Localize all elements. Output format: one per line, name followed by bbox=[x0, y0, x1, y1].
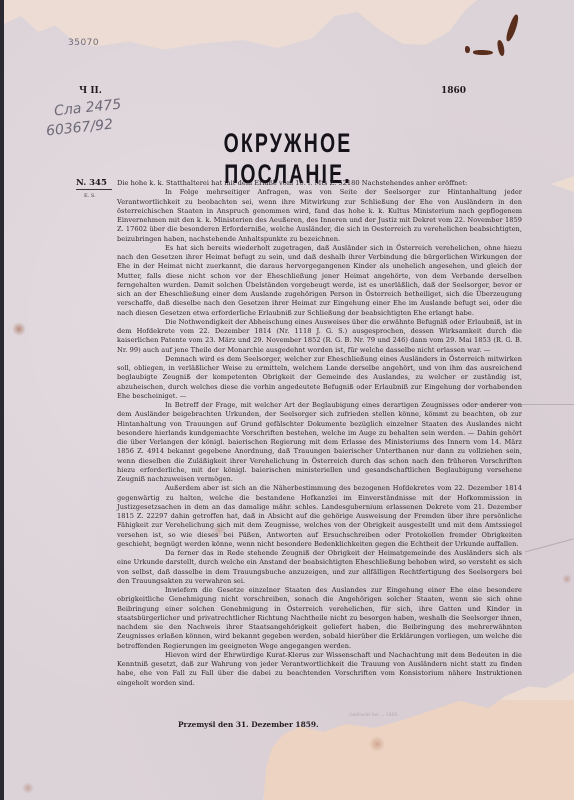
stain bbox=[12, 322, 26, 336]
stain bbox=[369, 736, 385, 752]
paragraph: Da ferner das in Rede stehende Zeugniß d… bbox=[117, 549, 522, 586]
tear-mark bbox=[473, 50, 493, 55]
header-part: Ч II. bbox=[79, 86, 102, 96]
paragraph: Es hat sich bereits wiederholt zugetrage… bbox=[117, 244, 522, 318]
archive-catalog-number: 35070 bbox=[68, 38, 99, 48]
bleed-through-text: Gedruckt bei ... 1860. bbox=[349, 713, 399, 718]
paragraph: In Betreff der Frage, mit welcher Art de… bbox=[117, 401, 522, 484]
paragraph: In Folge mehrseitiger Anfragen, was von … bbox=[117, 188, 522, 244]
document-scan: 35070 Cла 2475 60367/92 Ч II. 1860 ОКРУЖ… bbox=[4, 0, 574, 800]
paragraph: Inwiefern die Gesetze einzelner Staaten … bbox=[117, 586, 522, 651]
circular-sub-label: E. S. bbox=[84, 193, 96, 199]
paragraph-intro: Die hohe k. k. Statthalterei hat mit dem… bbox=[117, 179, 522, 188]
paragraph: Demnach wird es dem Seelsorger, welcher … bbox=[117, 355, 522, 401]
stain bbox=[562, 574, 572, 584]
tear-mark bbox=[465, 46, 470, 53]
stain bbox=[22, 782, 34, 794]
circular-number: N. 345 bbox=[76, 178, 112, 190]
paragraph: Außerdem aber ist sich an die Näherbesti… bbox=[117, 484, 522, 549]
circular-body: Die hohe k. k. Statthalterei hat mit dem… bbox=[117, 179, 522, 688]
signature-line: Przemyśl den 31. Dezember 1859. bbox=[178, 720, 319, 729]
paragraph: Hievon wird der Ehrwürdige Kurat-Klerus … bbox=[117, 651, 522, 688]
header-year: 1860 bbox=[441, 86, 466, 96]
paragraph: Die Nothwendigkeit der Abheischung eines… bbox=[117, 318, 522, 355]
